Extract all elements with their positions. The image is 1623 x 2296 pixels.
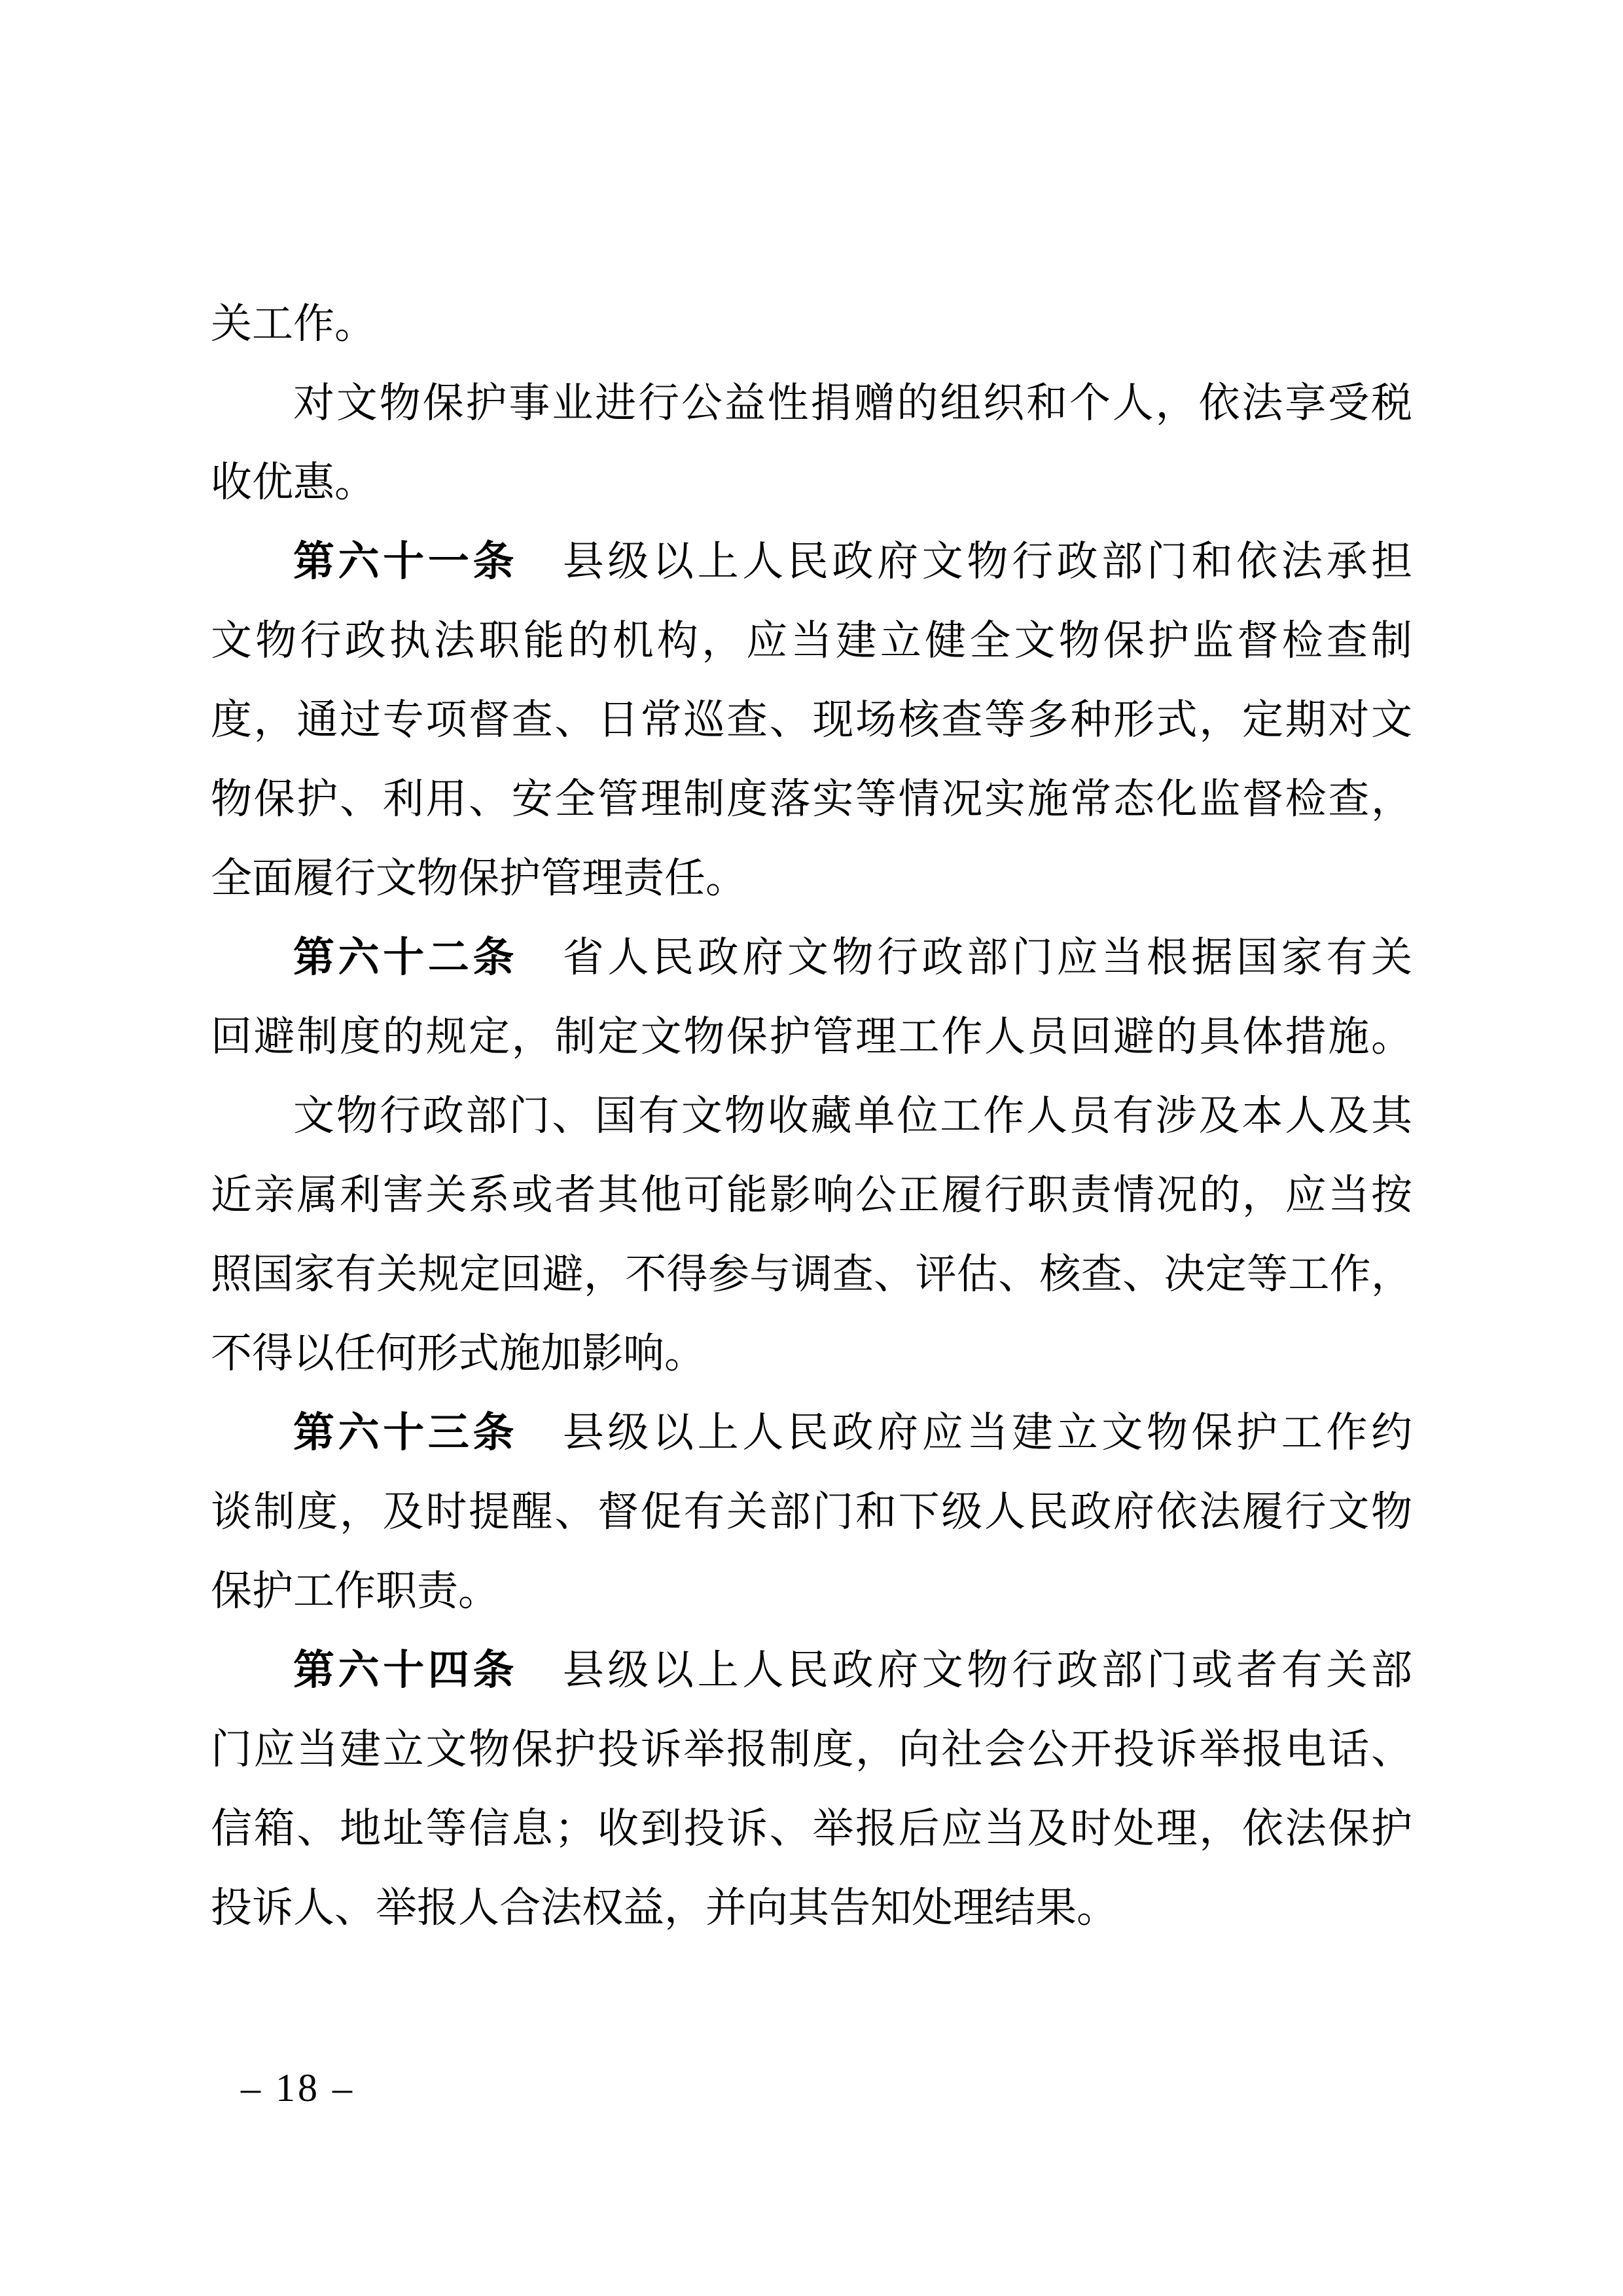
text-line: 第六十二条 省人民政府文物行政部门应当根据国家有关 [211, 918, 1412, 997]
page-number: – 18 – [241, 2067, 355, 2109]
line-text: 文物行政执法职能的机构，应当建立健全文物保护监督检查制 [211, 618, 1412, 664]
text-line: 全面履行文物保护管理责任。 [211, 839, 1412, 918]
text-line: 第六十一条 县级以上人民政府文物行政部门和依法承担 [211, 522, 1412, 601]
text-line: 近亲属利害关系或者其他可能影响公正履行职责情况的，应当按 [211, 1156, 1412, 1235]
text-line: 门应当建立文物保护投诉举报制度，向社会公开投诉举报电话、 [211, 1710, 1412, 1789]
article-number-label: 第六十一条 [293, 539, 518, 584]
text-line: 第六十四条 县级以上人民政府文物行政部门或者有关部 [211, 1631, 1412, 1710]
line-text: 近亲属利害关系或者其他可能影响公正履行职责情况的，应当按 [211, 1172, 1412, 1218]
document-body: 关工作。对文物保护事业进行公益性捐赠的组织和个人，依法享受税收优惠。第六十一条 … [211, 285, 1412, 1948]
line-text: 照国家有关规定回避，不得参与调查、评估、核查、决定等工作， [211, 1251, 1412, 1297]
line-text: 信箱、地址等信息；收到投诉、举报后应当及时处理，依法保护 [211, 1806, 1412, 1852]
article-number-label: 第六十二条 [293, 935, 518, 980]
line-text: 不得以任何形式施加影响。 [211, 1331, 705, 1376]
text-line: 保护工作职责。 [211, 1552, 1412, 1631]
line-text: 文物行政部门、国有文物收藏单位工作人员有涉及本人及其 [293, 1093, 1412, 1139]
text-line: 谈制度，及时提醒、督促有关部门和下级人民政府依法履行文物 [211, 1473, 1412, 1552]
line-text: 谈制度，及时提醒、督促有关部门和下级人民政府依法履行文物 [211, 1489, 1412, 1535]
text-line: 对文物保护事业进行公益性捐赠的组织和个人，依法享受税 [211, 364, 1412, 443]
line-text: 物保护、利用、安全管理制度落实等情况实施常态化监督检查， [211, 776, 1412, 822]
text-line: 收优惠。 [211, 443, 1412, 522]
line-text: 关工作。 [211, 301, 376, 347]
text-line: 第六十三条 县级以上人民政府应当建立文物保护工作约 [211, 1393, 1412, 1473]
line-text: 县级以上人民政府文物行政部门和依法承担 [518, 539, 1412, 584]
text-line: 照国家有关规定回避，不得参与调查、评估、核查、决定等工作， [211, 1235, 1412, 1314]
text-line: 不得以任何形式施加影响。 [211, 1314, 1412, 1393]
text-line: 物保护、利用、安全管理制度落实等情况实施常态化监督检查， [211, 760, 1412, 839]
document-page: 关工作。对文物保护事业进行公益性捐赠的组织和个人，依法享受税收优惠。第六十一条 … [0, 0, 1623, 2296]
text-line: 回避制度的规定，制定文物保护管理工作人员回避的具体措施。 [211, 997, 1412, 1077]
article-number-label: 第六十三条 [293, 1410, 518, 1456]
line-text: 县级以上人民政府文物行政部门或者有关部 [518, 1647, 1412, 1693]
line-text: 收优惠。 [211, 459, 376, 505]
text-line: 文物行政执法职能的机构，应当建立健全文物保护监督检查制 [211, 601, 1412, 681]
line-text: 省人民政府文物行政部门应当根据国家有关 [518, 935, 1412, 980]
article-number-label: 第六十四条 [293, 1647, 518, 1693]
line-text: 县级以上人民政府应当建立文物保护工作约 [518, 1410, 1412, 1456]
line-text: 门应当建立文物保护投诉举报制度，向社会公开投诉举报电话、 [211, 1727, 1412, 1772]
text-line: 文物行政部门、国有文物收藏单位工作人员有涉及本人及其 [211, 1077, 1412, 1156]
line-text: 全面履行文物保护管理责任。 [211, 855, 747, 901]
text-line: 度，通过专项督查、日常巡查、现场核查等多种形式，定期对文 [211, 681, 1412, 760]
line-text: 投诉人、举报人合法权益，并向其告知处理结果。 [211, 1885, 1118, 1931]
line-text: 度，通过专项督查、日常巡查、现场核查等多种形式，定期对文 [211, 697, 1412, 743]
line-text: 对文物保护事业进行公益性捐赠的组织和个人，依法享受税 [293, 380, 1412, 426]
text-line: 关工作。 [211, 285, 1412, 364]
text-line: 信箱、地址等信息；收到投诉、举报后应当及时处理，依法保护 [211, 1789, 1412, 1869]
line-text: 回避制度的规定，制定文物保护管理工作人员回避的具体措施。 [211, 1014, 1412, 1060]
text-line: 投诉人、举报人合法权益，并向其告知处理结果。 [211, 1869, 1412, 1948]
line-text: 保护工作职责。 [211, 1568, 499, 1614]
